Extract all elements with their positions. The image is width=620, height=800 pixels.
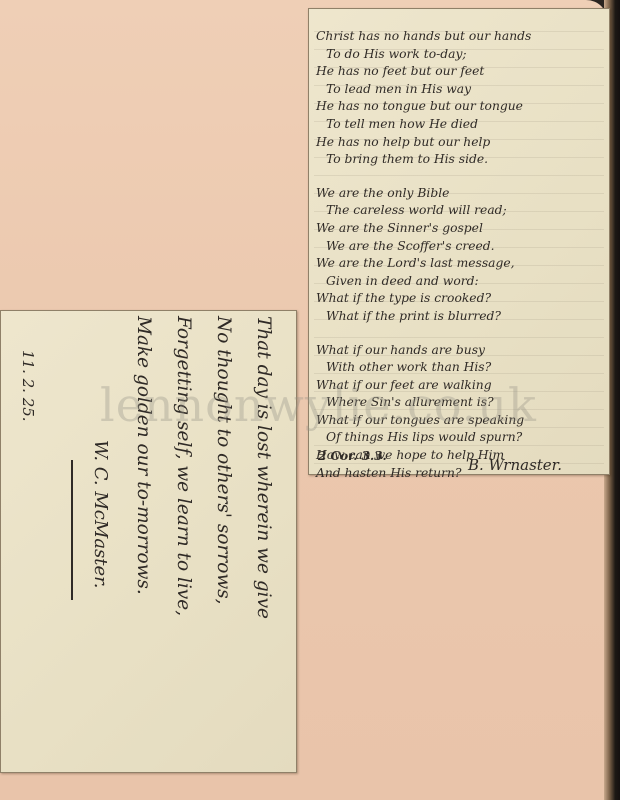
poem-line: What if our tongues are speaking — [316, 412, 606, 430]
poem-line: We are the only Bible — [316, 185, 606, 203]
poem-card: Christ has no hands but our hands To do … — [308, 8, 610, 475]
poem-line: To bring them to His side. — [316, 151, 606, 169]
signature: W. C. McMaster. — [90, 440, 111, 589]
verse-line: That day is lost wherein we give — [243, 316, 283, 766]
poem-line: What if the type is crooked? — [316, 290, 606, 308]
signature-underline — [71, 460, 73, 600]
signature: B. Wrnaster. — [468, 456, 562, 474]
poem-line: He has no feet but our feet — [316, 63, 606, 81]
poem-line: Of things His lips would spurn? — [316, 429, 606, 447]
stanza-gap — [316, 326, 606, 342]
poem-line: To do His work to-day; — [316, 46, 606, 64]
poem-line: He has no tongue but our tongue — [316, 98, 606, 116]
poem-line: And hasten His return? — [316, 465, 606, 483]
verse-line: No thought to others' sorrows, — [203, 316, 243, 766]
poem-line: With other work than His? — [316, 359, 606, 377]
stanza-gap — [316, 169, 606, 185]
poem-line: We are the Lord's last message, — [316, 255, 606, 273]
verse-line: Forgetting self, we learn to live, — [163, 316, 203, 766]
poem-line: To lead men in His way — [316, 81, 606, 99]
scripture-reference: 2 Cor. 3.3. — [318, 449, 387, 463]
poem-text: Christ has no hands but our hands To do … — [316, 28, 606, 482]
poem-line: To tell men how He died — [316, 116, 606, 134]
verse-text: That day is lost wherein we give No thou… — [123, 316, 283, 766]
poem-line: We are the Sinner's gospel — [316, 220, 606, 238]
poem-line: What if our hands are busy — [316, 342, 606, 360]
poem-line: Christ has no hands but our hands — [316, 28, 606, 46]
verse-line: Make golden our to-morrows. — [123, 316, 163, 766]
poem-line: The careless world will read; — [316, 202, 606, 220]
poem-line: Where Sin's allurement is? — [316, 394, 606, 412]
poem-line: What if our feet are walking — [316, 377, 606, 395]
poem-line: He has no help but our help — [316, 134, 606, 152]
date: 11. 2. 25. — [19, 350, 37, 422]
poem-line: We are the Scoffer's creed. — [316, 238, 606, 256]
rotated-content: That day is lost wherein we give No thou… — [0, 310, 297, 773]
poem-line: What if the print is blurred? — [316, 308, 606, 326]
verse-card: That day is lost wherein we give No thou… — [0, 310, 297, 773]
poem-line: Given in deed and word: — [316, 273, 606, 291]
